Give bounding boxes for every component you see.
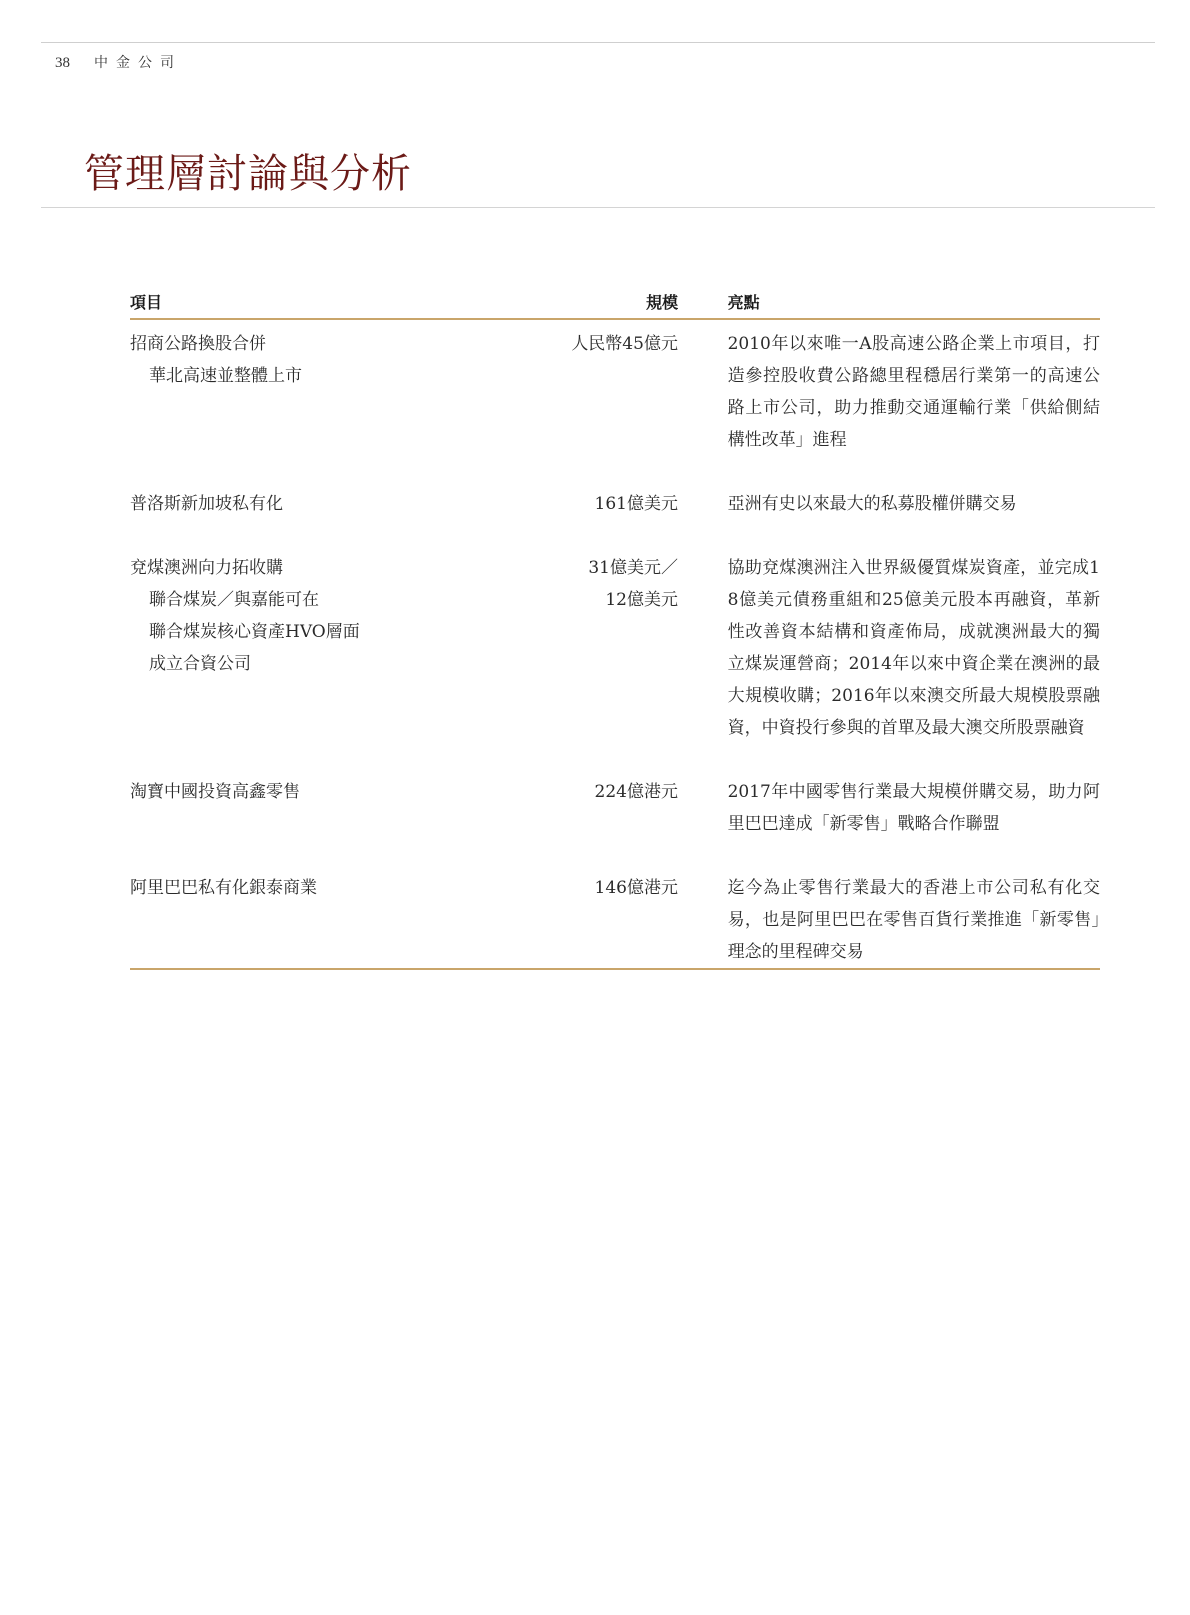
item-cell: 阿里巴巴私有化銀泰商業 <box>130 872 449 904</box>
table-row: 普洛斯新加坡私有化 161億美元 亞洲有史以來最大的私募股權併購交易 <box>130 488 1100 520</box>
item-cell: 普洛斯新加坡私有化 <box>130 488 449 520</box>
highlight-cell: 2017年中國零售行業最大規模併購交易，助力阿里巴巴達成「新零售」戰略合作聯盟 <box>728 776 1100 840</box>
item-cell: 招商公路換股合併 華北高速並整體上市 <box>130 328 449 392</box>
table-row: 阿里巴巴私有化銀泰商業 146億港元 迄今為止零售行業最大的香港上市公司私有化交… <box>130 872 1100 968</box>
highlight-cell: 2010年以來唯一A股高速公路企業上市項目，打造參控股收費公路總里程穩居行業第一… <box>728 328 1100 456</box>
scale-cell: 31億美元／ 12億美元 <box>449 552 678 616</box>
table-row: 兗煤澳洲向力拓收購 聯合煤炭／與嘉能可在 聯合煤炭核心資產HVO層面 成立合資公… <box>130 552 1100 744</box>
item-cell: 淘寶中國投資高鑫零售 <box>130 776 449 808</box>
table-header: 項目 規模 亮點 <box>130 290 1100 320</box>
header-scale: 規模 <box>449 290 678 318</box>
table-body: 招商公路換股合併 華北高速並整體上市 人民幣45億元 2010年以來唯一A股高速… <box>130 328 1100 970</box>
scale-cell: 人民幣45億元 <box>449 328 678 360</box>
header-divider <box>41 42 1155 43</box>
deals-table: 項目 規模 亮點 招商公路換股合併 華北高速並整體上市 人民幣45億元 2010… <box>130 290 1100 970</box>
company-name: 中金公司 <box>94 52 182 72</box>
title-divider <box>41 207 1155 208</box>
highlight-cell: 協助兗煤澳洲注入世界級優質煤炭資產，並完成18億美元債務重組和25億美元股本再融… <box>728 552 1100 744</box>
scale-cell: 146億港元 <box>449 872 678 904</box>
item-cell: 兗煤澳洲向力拓收購 聯合煤炭／與嘉能可在 聯合煤炭核心資產HVO層面 成立合資公… <box>130 552 449 680</box>
header-highlight: 亮點 <box>728 290 1100 318</box>
running-head: 38 中金公司 <box>55 52 182 72</box>
table-row: 淘寶中國投資高鑫零售 224億港元 2017年中國零售行業最大規模併購交易，助力… <box>130 776 1100 840</box>
table-row: 招商公路換股合併 華北高速並整體上市 人民幣45億元 2010年以來唯一A股高速… <box>130 328 1100 456</box>
scale-cell: 224億港元 <box>449 776 678 808</box>
highlight-cell: 亞洲有史以來最大的私募股權併購交易 <box>728 488 1100 520</box>
header-item: 項目 <box>130 290 449 318</box>
highlight-cell: 迄今為止零售行業最大的香港上市公司私有化交易，也是阿里巴巴在零售百貨行業推進「新… <box>728 872 1100 968</box>
page-number: 38 <box>55 55 70 72</box>
page-title: 管理層討論與分析 <box>84 148 412 200</box>
scale-cell: 161億美元 <box>449 488 678 520</box>
